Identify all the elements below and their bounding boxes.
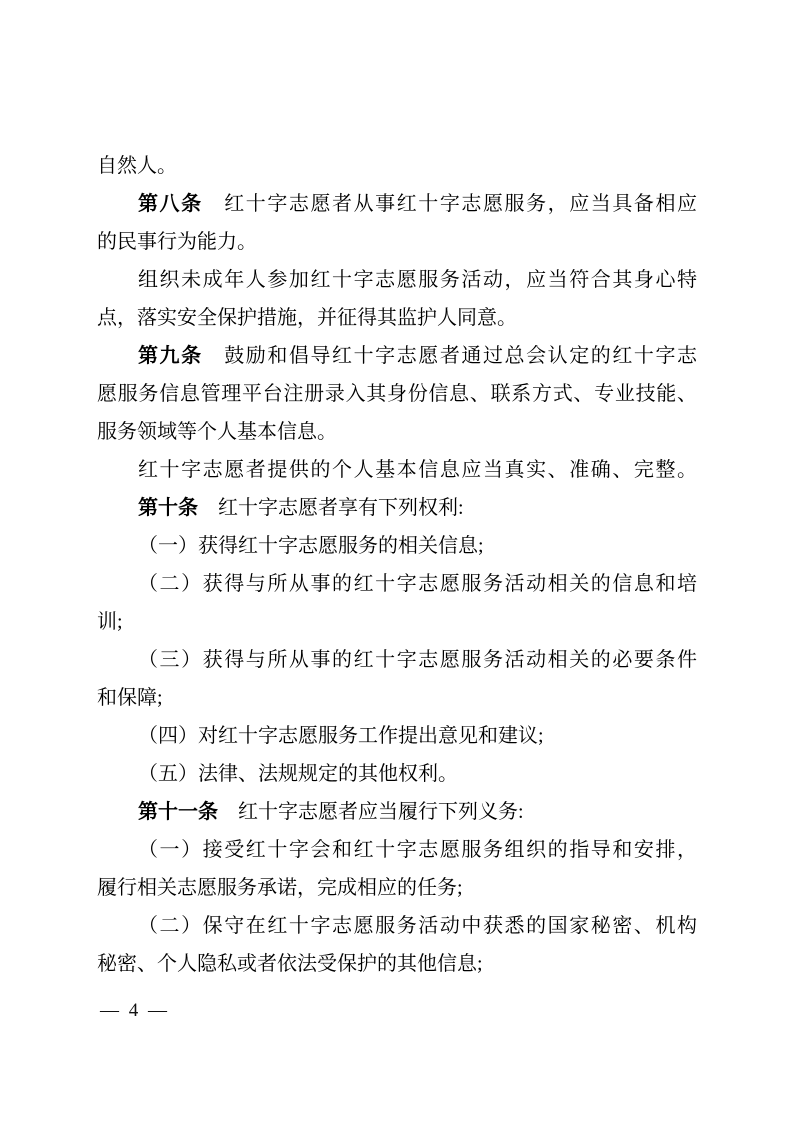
text-run: （一）获得红十字志愿服务的相关信息;	[138, 535, 484, 557]
text-line: 的民事行为能力。	[97, 223, 697, 261]
page-number: — 4 —	[100, 1000, 167, 1022]
text-run: 红十字志愿者提供的个人基本信息应当真实、准确、完整。	[138, 459, 697, 481]
text-run: 红十字志愿者享有下列权利:	[198, 497, 464, 519]
text-line: （二）保守在红十字志愿服务活动中获悉的国家秘密、机构	[97, 907, 697, 945]
document-page: 自然人。第八条 红十字志愿者从事红十字志愿服务，应当具备相应的民事行为能力。组织…	[0, 0, 794, 1123]
text-line: （五）法律、法规规定的其他权利。	[97, 755, 697, 793]
text-run: （五）法律、法规规定的其他权利。	[138, 763, 458, 785]
text-line: 红十字志愿者提供的个人基本信息应当真实、准确、完整。	[97, 451, 697, 489]
text-line: 履行相关志愿服务承诺，完成相应的任务;	[97, 869, 697, 907]
article-number: 第八条	[138, 193, 203, 215]
text-run: （一）接受红十字会和红十字志愿服务组织的指导和安排，	[138, 839, 697, 861]
text-line: 愿服务信息管理平台注册录入其身份信息、联系方式、专业技能、	[97, 375, 697, 413]
text-line: （二）获得与所从事的红十字志愿服务活动相关的信息和培	[97, 565, 697, 603]
text-run: （四）对红十字志愿服务工作提出意见和建议;	[138, 725, 544, 747]
text-line: 和保障;	[97, 679, 697, 717]
text-line: 训;	[97, 603, 697, 641]
text-run: 鼓励和倡导红十字志愿者通过总会认定的红十字志	[203, 345, 697, 367]
text-run: 红十字志愿者从事红十字志愿服务，应当具备相应	[203, 193, 697, 215]
text-run: 自然人。	[97, 155, 177, 177]
text-line: （一）获得红十字志愿服务的相关信息;	[97, 527, 697, 565]
text-run: 履行相关志愿服务承诺，完成相应的任务;	[97, 877, 463, 899]
text-run: 愿服务信息管理平台注册录入其身份信息、联系方式、专业技能、	[97, 383, 697, 405]
text-line: 第十一条 红十字志愿者应当履行下列义务:	[97, 793, 697, 831]
text-run: 训;	[97, 611, 123, 633]
text-line: 第九条 鼓励和倡导红十字志愿者通过总会认定的红十字志	[97, 337, 697, 375]
text-line: 点，落实安全保护措施，并征得其监护人同意。	[97, 299, 697, 337]
text-run: 红十字志愿者应当履行下列义务:	[218, 801, 524, 823]
text-line: 秘密、个人隐私或者依法受保护的其他信息;	[97, 945, 697, 983]
text-run: （二）保守在红十字志愿服务活动中获悉的国家秘密、机构	[138, 915, 697, 937]
text-line: （一）接受红十字会和红十字志愿服务组织的指导和安排，	[97, 831, 697, 869]
text-run: 点，落实安全保护措施，并征得其监护人同意。	[97, 307, 517, 329]
text-line: 组织未成年人参加红十字志愿服务活动，应当符合其身心特	[97, 261, 697, 299]
text-line: 第十条 红十字志愿者享有下列权利:	[97, 489, 697, 527]
text-run: （二）获得与所从事的红十字志愿服务活动相关的信息和培	[138, 573, 697, 595]
text-run: 和保障;	[97, 687, 163, 709]
text-line: 自然人。	[97, 147, 697, 185]
text-line: 服务领域等个人基本信息。	[97, 413, 697, 451]
text-line: （四）对红十字志愿服务工作提出意见和建议;	[97, 717, 697, 755]
text-run: （三）获得与所从事的红十字志愿服务活动相关的必要条件	[138, 649, 697, 671]
text-run: 组织未成年人参加红十字志愿服务活动，应当符合其身心特	[138, 269, 697, 291]
article-number: 第十一条	[138, 801, 218, 823]
text-run: 服务领域等个人基本信息。	[97, 421, 337, 443]
text-line: （三）获得与所从事的红十字志愿服务活动相关的必要条件	[97, 641, 697, 679]
text-run: 的民事行为能力。	[97, 231, 257, 253]
text-run: 秘密、个人隐私或者依法受保护的其他信息;	[97, 953, 483, 975]
article-number: 第十条	[138, 497, 198, 519]
document-body: 自然人。第八条 红十字志愿者从事红十字志愿服务，应当具备相应的民事行为能力。组织…	[97, 147, 697, 983]
article-number: 第九条	[138, 345, 203, 367]
text-line: 第八条 红十字志愿者从事红十字志愿服务，应当具备相应	[97, 185, 697, 223]
